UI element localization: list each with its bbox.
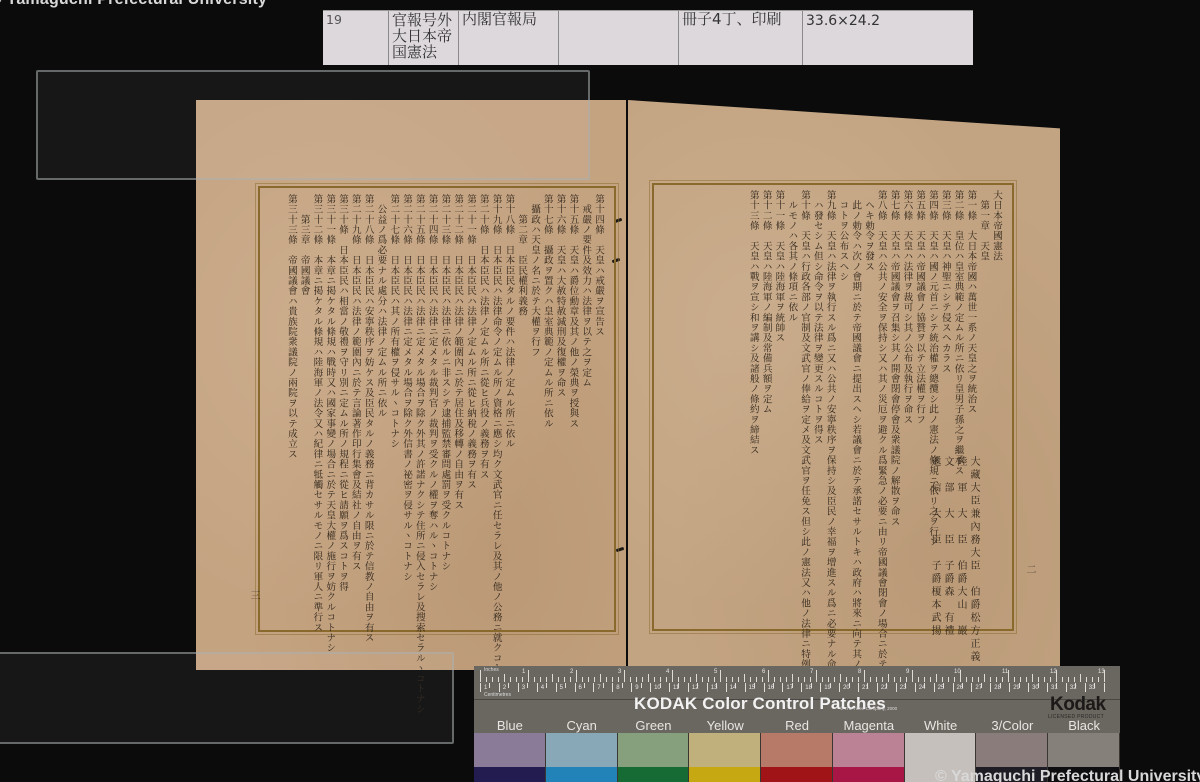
ruler-tick [1047,683,1048,692]
ruler-tick [930,677,931,682]
ruler-tick [984,674,985,682]
ruler-tick [996,677,997,682]
text-article: 第二十六條 日本臣民ハ法律ニ定メタル場合ヲ除ク外信書ノ祕密ヲ侵サルヽコトナシ [399,194,412,614]
text-article: 第六條 天皇ハ法律ヲ裁可シ其ノ公布及執行ヲ命ス [900,190,913,620]
patch-labels: Blue Cyan Green Yellow Red Magenta White… [474,718,1120,733]
ruler-cm-number: 33 [1089,685,1096,691]
ruler-tick [1009,683,1010,692]
ruler-tick [934,683,935,692]
ruler-inch-number: 9 [906,669,909,675]
ruler-inch-number: 7 [810,669,813,675]
ruler-tick [584,683,585,688]
ruler-tick [745,683,746,692]
patch-label-green: Green [618,718,690,733]
color-patch-cyan-dark [546,767,618,782]
ruler-inch-number: 12 [1050,669,1057,675]
ruler-tick [1085,683,1086,692]
ruler-tick [900,677,901,682]
ruler-tick [888,674,889,682]
ruler-inch-number: 11 [1002,669,1008,675]
text-article: 第十八條 日本臣民タルノ要件ハ法律ノ定ムル所ニ依ル [502,194,515,614]
ruler-tick [576,670,577,682]
patch-label-magenta: Magenta [833,718,905,733]
ruler-tick [966,677,967,682]
ruler-cm-number: 11 [673,685,679,691]
text-article: 此ノ勅令ハ次ノ會期ニ於テ帝國議會ニ提出スヘシ若議會ニ於テ承諾セサルトキハ政府ハ將… [848,190,861,620]
ruler-tick [669,683,670,692]
text-article: 第三十一條 本章ニ掲ケタル條規ハ戰時又ハ國家事變ノ場合ニ於テ天皇大權ノ施行ヲ妨ク… [322,194,335,614]
ruler-cm-number: 16 [768,685,775,691]
text-article: 攝政ハ天皇ノ名ニ於テ大權ヲ行フ [527,194,540,614]
ruler-tick [708,677,709,682]
text-article: 第七條 天皇ハ帝國議會ヲ召集シ其ノ開會閉會停會及衆議院ノ解散ヲ命ス [887,190,900,620]
catalog-number: 19 [323,11,389,65]
ruler-tick [684,677,685,682]
color-patch-yellow-dark [689,767,761,782]
ruler-cm-number: 25 [938,685,945,691]
ruler-tick [764,683,765,692]
ruler-cm-number: 7 [597,685,600,691]
ruler-tick [636,677,637,682]
ruler-tick [631,683,632,692]
patch-label-cyan: Cyan [546,718,618,733]
catalog-title: 官報号外大日本帝国憲法 [389,11,459,65]
ruler-tick [822,677,823,682]
ruler-cm-number: 22 [881,685,888,691]
ruler-tick [612,677,613,682]
patch-label-white: White [905,718,977,733]
ruler-cm-number: 29 [1013,685,1020,691]
ruler-tick [714,677,715,682]
ruler-tick [654,677,655,682]
ruler-tick [877,683,878,692]
kodak-copyright: © The Tiffen Company, 2000 [840,706,897,711]
ruler-tick [650,683,651,692]
ruler-tick [840,674,841,682]
ruler-tick [756,677,757,682]
ruler-tick [1092,677,1093,682]
ruler-tick [948,677,949,682]
ruler-tick [660,677,661,682]
ruler-cm-number: 26 [957,685,964,691]
ruler-cm-number: 28 [994,685,1001,691]
text-article: 第三十二條 本章ニ掲ケタル條規ハ陸海軍ノ法令又ハ紀律ニ牴觸セサルモノニ限リ軍人ニ… [310,194,323,614]
ruler-tick [858,683,859,692]
ruler-tick [688,683,689,692]
kodak-title: KODAK Color Control Patches [634,694,886,714]
ruler-tick [732,677,733,682]
color-patch-red-dark [761,767,833,782]
text-article: 第九條 天皇ハ法律ヲ執行スル爲ニ又ハ公共ノ安寧秩序ヲ保持シ及臣民ノ幸福ヲ增進スル… [823,190,836,620]
text-chapter: 第三章 帝國議會 [297,194,310,614]
ruler-tick [618,677,619,682]
text-article: 第五條 天皇ハ帝國議會ノ協贊ヲ以テ立法權ヲ行フ [912,190,925,620]
ruler-tick [556,683,557,692]
ruler-tick [641,683,642,688]
ruler-inch-number: 10 [954,669,961,675]
ruler-tick [1032,674,1033,682]
ruler-tick [1026,677,1027,682]
ruler-tick [522,677,523,682]
color-patch-blue-dark [474,767,546,782]
ruler-tick [558,677,559,682]
ruler-tick [594,677,595,682]
ruler-tick [516,677,517,682]
ruler-tick [672,670,673,682]
patch-label-yellow: Yellow [689,718,761,733]
ruler-tick [678,677,679,682]
ruler-tick [480,683,481,692]
color-patch-white-light [905,733,977,767]
ruler-tick [518,683,519,692]
patch-row-light [474,733,1120,767]
page-number-right: 二 [1022,564,1037,574]
ruler-cm-number: 30 [1032,685,1039,691]
ruler-tick [846,677,847,682]
color-patch-blue-light [474,733,546,767]
text-article: 第二十九條 日本臣民ハ法律ノ範圍內ニ於テ言論著作印行集會及結社ノ自由ヲ有ス [348,194,361,614]
color-patch-magenta-light [833,733,905,767]
ruler-cm-number: 5 [560,685,563,691]
ruler-tick [918,677,919,682]
text-article: 第十二條 天皇ハ陸海軍ノ編制及常備兵額ヲ定ム [759,190,772,620]
ruler-inch-number: 8 [858,669,861,675]
ruler-tick [510,677,511,682]
ruler-tick [696,674,697,682]
ruler-inch-number: 2 [570,669,573,675]
ruler-tick [786,677,787,682]
ruler-tick [1080,674,1081,682]
text-article: コトヲ公布スヘシ [836,190,849,620]
ruler-tick [702,677,703,682]
ruler-tick [990,677,991,682]
ruler-tick [924,677,925,682]
minister-signatures: 大藏大臣兼內務大臣 伯爵松方正義 陸 軍 大 臣 伯爵大山 巖 文 部 大 臣 … [928,456,980,664]
text-chapter: 第二章 臣民權利義務 [514,194,527,614]
text-article: 第二十八條 日本臣民ハ安寧秩序ヲ妨ケス及臣民タルノ義務ニ背カサル限ニ於テ信教ノ自… [361,194,374,614]
ruler-tick [792,674,793,682]
ruler-tick [896,683,897,692]
ruler-cm-number: 9 [635,685,638,691]
ruler-tick [593,683,594,692]
signature-line: 遞 信 大 臣 子爵榎本武揚 [928,456,941,664]
ruler-tick [978,677,979,682]
ruler-tick [782,683,783,692]
ruler-inch-number: 6 [762,669,765,675]
ruler-tick [798,677,799,682]
ruler-tick [480,670,481,682]
ruler-tick [508,683,509,688]
color-patch-black-light [1048,733,1120,767]
text-article: 第十四條 天皇ハ戒嚴ヲ宣告ス [591,194,604,614]
text-article: 第十五條 天皇ハ爵位勳章及其ノ他ノ榮典ヲ授與ス [566,194,579,614]
ruler-cm-number: 13 [711,685,718,691]
ruler-tick [1028,683,1029,692]
ruler-tick [499,683,500,692]
text-article: 第十一條 天皇ハ陸海軍ヲ統帥ス [772,190,785,620]
ruler-tick [624,670,625,682]
ruler-tick [603,683,604,688]
catalog-label: 19 官報号外大日本帝国憲法 内閣官報局 冊子4丁、印刷 33.6×24.2 [323,10,973,65]
ruler-tick [498,677,499,682]
ruler-inch-number: 3 [618,669,621,675]
ruler-inch-number: 1 [522,669,525,675]
text-article: 第十條 天皇ハ行政各部ノ官制及文武官ノ俸給ヲ定メ及文武官ヲ任免ス但シ此ノ憲法又ハ… [797,190,810,620]
patch-label-black: Black [1048,718,1120,733]
ruler-tick [839,683,840,692]
text-article: ハ發セシム但シ命令ヲ以テ法律ヲ變更スルコトヲ得ス [810,190,823,620]
text-article: 第十九條 日本臣民ハ法律命令ノ定ムル所ノ資格ニ應シ均ク文武官ニ任セラレ及其ノ他ノ… [489,194,502,614]
ruler-tick [942,677,943,682]
ruler-tick [690,677,691,682]
ruler-cm-number: 8 [616,685,619,691]
ruler-tick [954,677,955,682]
ruler-tick [774,677,775,682]
ruler-tick [1014,677,1015,682]
text-article: 第二十二條 日本臣民ハ法律ノ範圍內ニ於テ居住及移轉ノ自由ヲ有ス [450,194,463,614]
copyright-watermark-top: © Yamaguchi Prefectural University [0,0,267,9]
ruler-tick [936,674,937,682]
color-patch-magenta-dark [833,767,905,782]
ruler-tick [810,677,811,682]
ruler-tick [1044,677,1045,682]
acrylic-weight-bottom [0,652,454,744]
ruler-cm-number: 23 [900,685,907,691]
ruler-tick [622,683,623,688]
ruler-tick [1062,677,1063,682]
ruler-tick [820,683,821,692]
ruler-tick [858,677,859,682]
patch-label-red: Red [761,718,833,733]
ruler-cm-number: 12 [692,685,699,691]
ruler-tick [972,677,973,682]
text-article: 第二十三條 日本臣民ハ法律ニ依ルニ非スシテ逮捕監禁審問處罰ヲ受クルコトナシ [438,194,451,614]
catalog-format: 冊子4丁、印刷 [679,11,803,65]
ruler-tick [816,670,817,682]
color-patch-cyan-light [546,733,618,767]
text-article: 第三十三條 帝國議會ハ貴族院衆議院ノ兩院ヲ以テ成立ス [284,194,297,614]
inches-label: Inches [484,667,499,673]
ruler-tick [768,670,769,682]
acrylic-weight-top [36,70,590,180]
text-article: 戒嚴ノ要件及效力ハ法律ヲ以テ之ヲ定ム [578,194,591,614]
ruler-tick [575,683,576,692]
ruler-tick [588,677,589,682]
catalog-size: 33.6×24.2 [803,11,889,65]
ruler-tick [990,683,991,692]
signature-line: 大藏大臣兼內務大臣 伯爵松方正義 [967,456,980,664]
ruler-tick [642,677,643,682]
text-article: 第三十條 日本臣民ハ相當ノ敬禮ヲ守リ別ニ定ムル所ノ規程ニ從ヒ請願ヲ爲スコトヲ得 [335,194,348,614]
ruler-tick [564,677,565,682]
ruler-tick [489,683,490,688]
ruler-tick [606,677,607,682]
ruler-cm-number: 2 [503,685,506,691]
ruler-tick [780,677,781,682]
signature-line: 文 部 大 臣 子爵森 有禮 [941,456,954,664]
ruler-cm-number: 17 [786,685,793,691]
ruler-tick [648,674,649,682]
ruler-tick [540,677,541,682]
text-article: 第十六條 天皇ハ大赦特赦減刑及復權ヲ命ス [553,194,566,614]
kodak-logo: Kodak [1050,694,1106,716]
copyright-watermark-bottom: © Yamaguchi Prefectural University [935,768,1200,782]
ruler-tick [537,683,538,692]
ruler-tick [801,683,802,692]
ruler-cm-number: 19 [824,685,831,691]
ruler-tick [1066,683,1067,692]
ruler-cm-number: 20 [843,685,850,691]
color-patch-3color-light [976,733,1048,767]
ruler-cm-number: 32 [1070,685,1077,691]
ruler-tick [570,677,571,682]
ruler-tick [546,677,547,682]
ruler-cm-number: 1 [484,685,487,691]
centimetres-label: Centimetres [484,692,511,698]
ruler-cm-number: 10 [654,685,661,691]
ruler-cm-number: 14 [730,685,737,691]
ruler-tick [971,683,972,692]
text-article: ヘキ勅令ヲ發ス [861,190,874,620]
text-article: 第二十一條 日本臣民ハ法律ノ定ムル所ニ從ヒ納稅ノ義務ヲ有ス [463,194,476,614]
ruler-tick [582,677,583,682]
ruler-tick [1020,677,1021,682]
ruler-tick [546,683,547,688]
ruler-tick [912,670,913,682]
ruler-inch-number: 5 [714,669,717,675]
ruler-tick [744,674,745,682]
ruler-tick [666,677,667,682]
ruler-tick [864,670,865,682]
ruler-tick [504,674,505,682]
ruler-inch-number: 13 [1098,669,1105,675]
ruler-tick [953,683,954,692]
ruler-cm-number: 24 [919,685,926,691]
ruler-tick [630,677,631,682]
ruler-cm-number: 6 [579,685,582,691]
color-patch-red-light [761,733,833,767]
ruler-tick [906,677,907,682]
ruler-tick [852,677,853,682]
ruler-tick [492,677,493,682]
ruler-tick [720,670,721,682]
ruler-tick [527,683,528,688]
text-article: 第二十五條 日本臣民ハ法律ニ定メタル場合ヲ除ク外其ノ許諾ナクシテ住所ニ侵入セラレ… [412,194,425,614]
color-patch-green-dark [618,767,690,782]
text-heading: 大日本帝國憲法 [989,190,1002,620]
catalog-publisher: 内閣官報局 [459,11,559,65]
ruler-tick [828,677,829,682]
patch-label-3color: 3/Color [976,718,1048,733]
ruler-tick [876,677,877,682]
text-article: 公益ノ爲必要ナル處分ハ法律ノ定ムル所ニ依ル [374,194,387,614]
ruler-tick [738,677,739,682]
ruler-tick [1050,677,1051,682]
ruler-tick [915,683,916,692]
ruler-cm-number: 15 [749,685,756,691]
patch-label-blue: Blue [474,718,546,733]
ruler-tick [1104,683,1105,692]
ruler-tick [834,677,835,682]
ruler-cm-number: 27 [975,685,982,691]
ruler-tick [726,677,727,682]
color-patch-green-light [618,733,690,767]
ruler-tick [528,670,529,682]
ruler-tick [750,677,751,682]
signature-line: 陸 軍 大 臣 伯爵大山 巖 [954,456,967,664]
kodak-color-target: Inches Centimetres 123456789101112131415… [474,666,1120,782]
ruler-tick [1002,677,1003,682]
ruler-tick [534,677,535,682]
ruler-tick [612,683,613,692]
ruler-tick [1038,677,1039,682]
catalog-blank-cell [559,11,679,65]
left-page-text: 第十四條 天皇ハ戒嚴ヲ宣告ス 戒嚴ノ要件及效力ハ法律ヲ以テ之ヲ定ム 第十五條 天… [268,194,604,614]
text-article: 第十七條 攝政ヲ置クハ皇室典範ノ定ムル所ニ依ル [540,194,553,614]
ruler-cm-number: 21 [862,685,869,691]
ruler-tick [1086,677,1087,682]
color-patch-yellow-light [689,733,761,767]
ruler-cm-number: 4 [541,685,544,691]
ruler-tick [762,677,763,682]
ruler-tick [1074,677,1075,682]
ruler-tick [1098,677,1099,682]
text-article: ルモノハ各其ノ條項ニ依ル [784,190,797,620]
text-article: 第八條 天皇ハ公共ノ安全ヲ保持シ又ハ其ノ災厄ヲ避クル爲緊急ノ必要ニ由リ帝國議會閉… [874,190,887,620]
text-article: 第十三條 天皇ハ戰ヲ宣シ和ヲ講シ及諸般ノ條約ヲ締結ス [746,190,759,620]
ruler-inch-number: 4 [666,669,669,675]
text-article: 第二十四條 日本臣民ハ法律ニ定メタル裁判官ノ裁判ヲ受クルノ權ヲ奪ハルヽコトナシ [425,194,438,614]
page-number-left: 三 [246,590,261,600]
ruler-tick [486,677,487,682]
ruler-tick [894,677,895,682]
text-article: 第二十條 日本臣民ハ法律ノ定ムル所ニ從ヒ兵役ノ義務ヲ有ス [476,194,489,614]
ruler-tick [870,677,871,682]
ruler-cm-number: 3 [522,685,525,691]
ruler-cm-number: 31 [1051,685,1058,691]
ruler-tick [1068,677,1069,682]
ruler-tick [552,674,553,682]
ruler-tick [726,683,727,692]
ruler-tick [565,683,566,688]
ruler-tick [707,683,708,692]
ruler-tick [882,677,883,682]
text-article: 第二十七條 日本臣民ハ其ノ所有權ヲ侵サルヽコトナシ [386,194,399,614]
ruler-cm-number: 18 [805,685,812,691]
ruler-tick [804,677,805,682]
ruler-tick [600,674,601,682]
